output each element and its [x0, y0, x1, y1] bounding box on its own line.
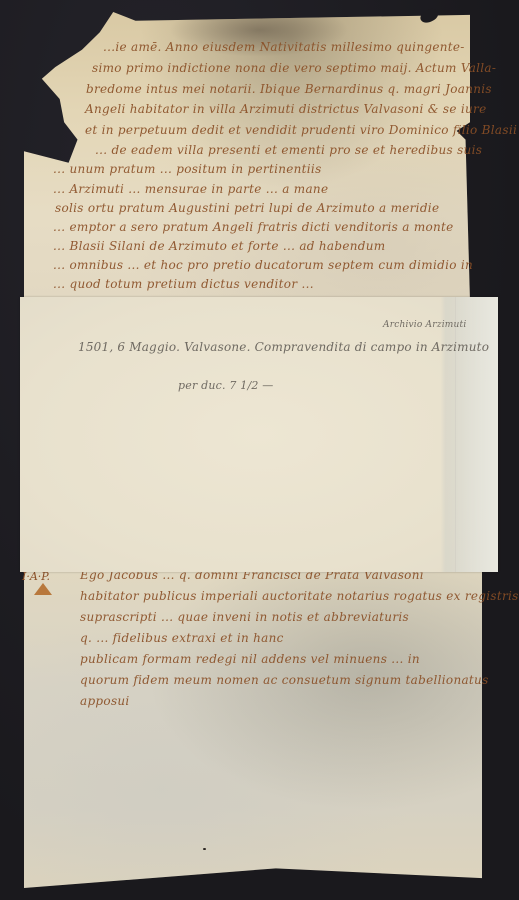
deed-line: ... unum pratum ... positum in pertinent…	[53, 162, 322, 176]
archival-label: Archivio Arzimuti 1501, 6 Maggio. Valvas…	[20, 297, 498, 572]
subscription-line: habitator publicus imperiali auctoritate…	[80, 589, 519, 603]
notary-signum: I·A·P.	[22, 570, 58, 600]
triangle-notary-sign-icon	[34, 583, 52, 595]
deed-line: ... de eadem villa presenti et ementi pr…	[95, 143, 482, 157]
deed-line: ... omnibus ... et hoc pro pretio ducato…	[53, 258, 473, 272]
deed-line: et in perpetuum dedit et vendidit pruden…	[85, 123, 517, 137]
subscription-line: suprascripti ... quae inveni in notis et…	[80, 610, 409, 624]
subscription-line: quorum fidem meum nomen ac consuetum sig…	[80, 673, 489, 687]
deed-line: Angeli habitator in villa Arzimuti distr…	[85, 102, 486, 116]
label-price-entry: per duc. 7 1/2 —	[178, 379, 273, 392]
subscription-line: apposui	[80, 694, 130, 708]
deed-line: ... quod totum pretium dictus venditor .…	[53, 277, 314, 291]
label-archive-note: Archivio Arzimuti	[383, 320, 466, 330]
label-fold	[455, 297, 498, 572]
deed-line: ... emptor a sero pratum Angeli fratris …	[53, 220, 454, 234]
deed-line: ...ie amē. Anno eiusdem Nativitatis mill…	[103, 40, 465, 54]
subscription-line: publicam formam redegi nil addens vel mi…	[80, 652, 420, 666]
subscription-line: q. ... fidelibus extraxi et in hanc	[80, 631, 284, 645]
label-main-entry: 1501, 6 Maggio. Valvasone. Compravendita…	[78, 340, 489, 354]
deed-line: simo primo indictione nona die vero sept…	[92, 61, 496, 75]
deed-line: ... Blasii Silani de Arzimuto et forte .…	[53, 239, 385, 253]
ink-speck	[203, 848, 206, 850]
deed-line: ... Arzimuti ... mensurae in parte ... a…	[53, 182, 328, 196]
deed-line: solis ortu pratum Augustini petri lupi d…	[55, 201, 439, 215]
deed-line: bredome intus mei notarii. Ibique Bernar…	[86, 82, 492, 96]
